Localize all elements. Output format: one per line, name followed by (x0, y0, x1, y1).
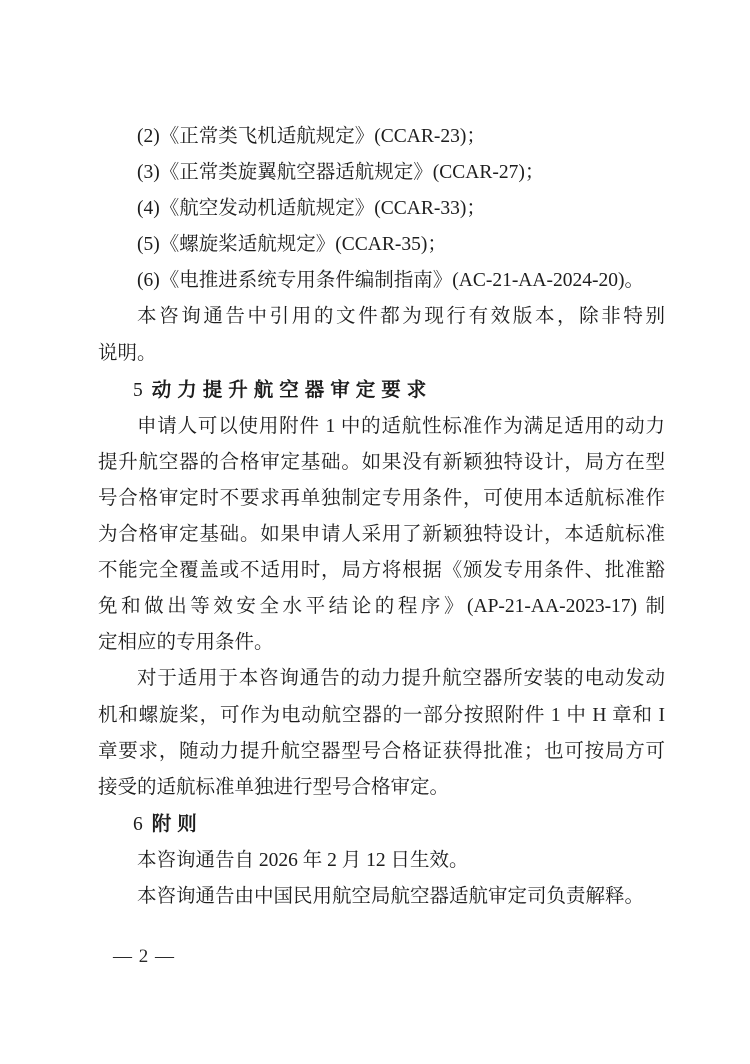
document-body: (2)《正常类飞机适航规定》(CCAR-23)；(3)《正常类旋翼航空器适航规定… (98, 119, 665, 915)
document-page: (2)《正常类飞机适航规定》(CCAR-23)；(3)《正常类旋翼航空器适航规定… (0, 0, 750, 1064)
text-line: 免和做出等效安全水平结论的程序》(AP-21-AA-2023-17) 制 (98, 589, 665, 625)
heading-text: 附则 (152, 813, 203, 835)
heading-text: 动力提升航空器审定要求 (152, 379, 433, 401)
text-line: 对于适用于本咨询通告的动力提升航空器所安装的电动发动 (98, 661, 665, 697)
page-number: — 2 — (113, 946, 175, 967)
text-line: (6)《电推进系统专用条件编制指南》(AC-21-AA-2024-20)。 (98, 263, 665, 299)
text-line: 本咨询通告自 2026 年 2 月 12 日生效。 (98, 843, 665, 879)
section-heading: 6附则 (98, 806, 665, 843)
text-line: 机和螺旋桨，可作为电动航空器的一部分按照附件 1 中 H 章和 I (98, 698, 665, 734)
heading-number: 6 (133, 814, 143, 835)
text-line: 说明。 (98, 336, 665, 372)
text-line: (3)《正常类旋翼航空器适航规定》(CCAR-27)； (98, 155, 665, 191)
text-line: 章要求，随动力提升航空器型号合格证获得批准；也可按局方可 (98, 734, 665, 770)
text-line: 为合格审定基础。如果申请人采用了新颖独特设计，本适航标准 (98, 517, 665, 553)
text-line: 申请人可以使用附件 1 中的适航性标准作为满足适用的动力 (98, 409, 665, 445)
text-line: 定相应的专用条件。 (98, 625, 665, 661)
text-line: (2)《正常类飞机适航规定》(CCAR-23)； (98, 119, 665, 155)
text-line: 接受的适航标准单独进行型号合格审定。 (98, 770, 665, 806)
text-line: (4)《航空发动机适航规定》(CCAR-33)； (98, 191, 665, 227)
page-footer: — 2 — (113, 944, 175, 970)
section-heading: 5动力提升航空器审定要求 (98, 372, 665, 409)
text-line: 提升航空器的合格审定基础。如果没有新颖独特设计，局方在型 (98, 445, 665, 481)
text-line: 本咨询通告中引用的文件都为现行有效版本，除非特别 (98, 299, 665, 335)
text-line: 不能完全覆盖或不适用时，局方将根据《颁发专用条件、批准豁 (98, 553, 665, 589)
heading-number: 5 (133, 380, 143, 401)
text-line: 本咨询通告由中国民用航空局航空器适航审定司负责解释。 (98, 879, 665, 915)
text-line: (5)《螺旋桨适航规定》(CCAR-35)； (98, 227, 665, 263)
text-line: 号合格审定时不要求再单独制定专用条件，可使用本适航标准作 (98, 481, 665, 517)
